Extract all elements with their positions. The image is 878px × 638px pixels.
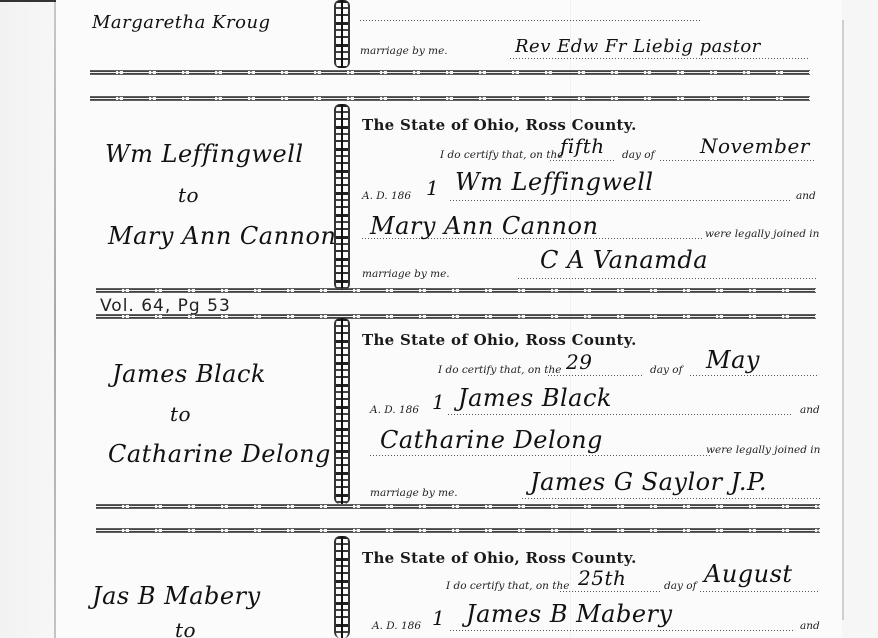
index-bride: Mary Ann Cannon bbox=[108, 222, 336, 250]
scan-edge bbox=[0, 0, 56, 2]
dotted-line bbox=[700, 591, 818, 592]
dotted-line bbox=[510, 58, 810, 59]
index-groom: James Black bbox=[112, 360, 266, 388]
and-label: and bbox=[800, 404, 820, 416]
ornamental-rule bbox=[96, 288, 816, 293]
certificate-header: The State of Ohio, Ross County. bbox=[362, 549, 637, 567]
index-bride: Catharine Delong bbox=[108, 440, 331, 468]
officiant-signature: Rev Edw Fr Liebig pastor bbox=[515, 36, 761, 57]
marriage-by-label: marriage by me. bbox=[370, 487, 458, 499]
certificate-header: The State of Ohio, Ross County. bbox=[362, 331, 637, 349]
index-to: to bbox=[175, 618, 196, 638]
day-value: fifth bbox=[560, 134, 605, 158]
certify-label: I do certify that, on the bbox=[446, 580, 569, 592]
dotted-line bbox=[370, 455, 710, 456]
day-of-label: day of bbox=[650, 364, 682, 376]
dotted-line bbox=[548, 375, 643, 376]
scan-margin-right bbox=[842, 0, 878, 638]
ornamental-rule bbox=[96, 314, 816, 319]
dotted-line bbox=[450, 630, 794, 631]
ad-year-label: A. D. 186 bbox=[362, 190, 411, 202]
dotted-line bbox=[522, 498, 820, 499]
dotted-line bbox=[660, 160, 815, 161]
joined-label: were legally joined in bbox=[706, 444, 820, 456]
index-name: Margaretha Kroug bbox=[92, 12, 271, 33]
dotted-line bbox=[560, 591, 660, 592]
month-value: May bbox=[706, 346, 760, 374]
ornamental-rule bbox=[90, 96, 810, 101]
bride-name: Mary Ann Cannon bbox=[370, 212, 598, 240]
ornamental-rule bbox=[96, 504, 820, 509]
year-digit: 1 bbox=[432, 390, 445, 414]
certify-label: I do certify that, on the bbox=[440, 149, 563, 161]
dotted-line bbox=[450, 200, 790, 201]
dotted-line bbox=[690, 375, 818, 376]
dotted-line bbox=[360, 20, 700, 21]
year-digit: 1 bbox=[432, 606, 445, 630]
day-value: 29 bbox=[566, 350, 592, 374]
ornamental-rule bbox=[96, 528, 820, 533]
dotted-line bbox=[518, 278, 818, 279]
month-value: August bbox=[704, 560, 793, 588]
joined-label: were legally joined in bbox=[705, 228, 819, 240]
index-to: to bbox=[178, 183, 199, 207]
index-groom: Jas B Mabery bbox=[92, 582, 261, 610]
marriage-by-label: marriage by me. bbox=[360, 45, 448, 57]
certificate-header: The State of Ohio, Ross County. bbox=[362, 116, 637, 134]
groom-name: James B Mabery bbox=[466, 600, 673, 628]
groom-name: James Black bbox=[458, 384, 612, 412]
month-value: November bbox=[700, 134, 810, 158]
index-to: to bbox=[170, 402, 191, 426]
year-digit: 1 bbox=[426, 176, 439, 200]
ornamental-rule bbox=[90, 70, 810, 75]
and-label: and bbox=[796, 190, 816, 202]
ad-year-label: A. D. 186 bbox=[370, 404, 419, 416]
day-of-label: day of bbox=[622, 149, 654, 161]
volume-page-note: Vol. 64, Pg 53 bbox=[100, 296, 231, 316]
ornament-column bbox=[334, 0, 350, 68]
marriage-by-label: marriage by me. bbox=[362, 268, 450, 280]
groom-name: Wm Leffingwell bbox=[455, 168, 654, 196]
day-of-label: day of bbox=[664, 580, 696, 592]
ornament-column bbox=[334, 104, 350, 290]
officiant-signature: C A Vanamda bbox=[540, 246, 708, 274]
day-value: 25th bbox=[578, 566, 626, 590]
officiant-signature: James G Saylor J.P. bbox=[530, 468, 767, 496]
bride-name: Catharine Delong bbox=[380, 426, 603, 454]
dotted-line bbox=[448, 414, 792, 415]
dotted-line bbox=[550, 160, 615, 161]
ornament-column bbox=[334, 318, 350, 504]
and-label: and bbox=[800, 620, 820, 632]
certify-label: I do certify that, on the bbox=[438, 364, 561, 376]
scan-margin-left bbox=[0, 0, 56, 638]
ad-year-label: A. D. 186 bbox=[372, 620, 421, 632]
ornament-column bbox=[334, 536, 350, 638]
index-groom: Wm Leffingwell bbox=[105, 140, 304, 168]
